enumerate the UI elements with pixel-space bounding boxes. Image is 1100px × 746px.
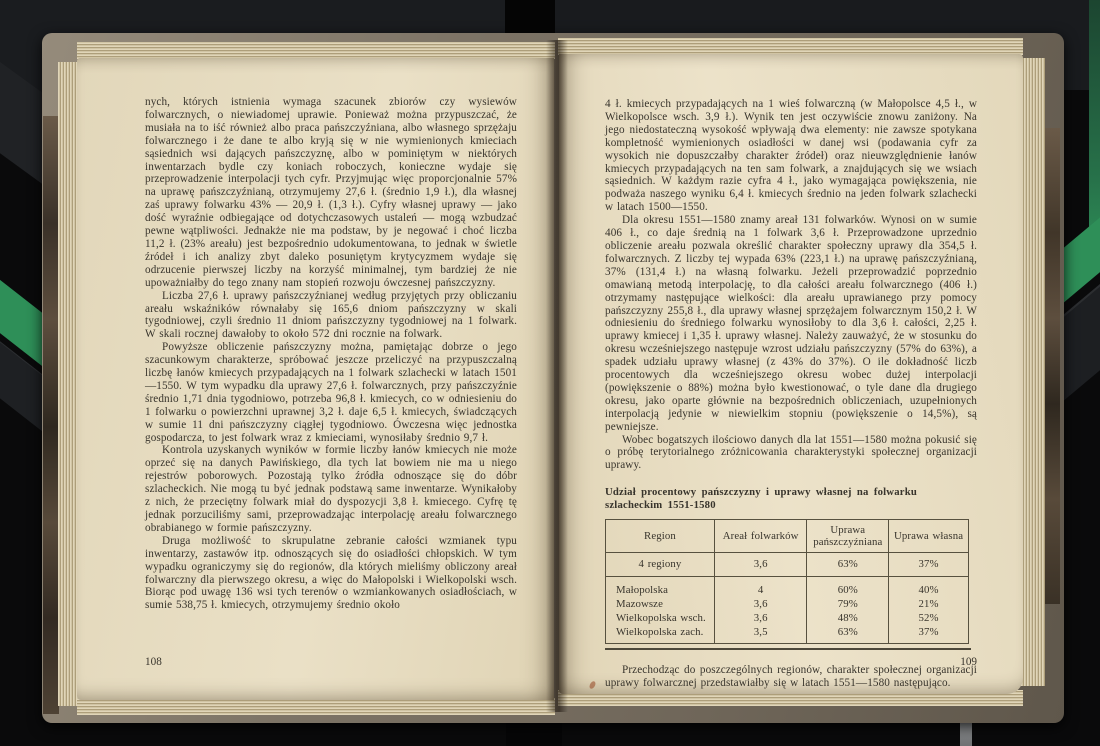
table-cell: 63% — [807, 553, 889, 577]
table-cell: 4 regiony — [606, 553, 715, 577]
right-text-column: 4 ł. kmiecych przypadających na 1 wieś f… — [605, 98, 977, 690]
regions-table: Region Areał folwarków Uprawa pańszczyźn… — [605, 519, 969, 644]
table-cell: 48% — [807, 611, 889, 625]
paragraph: Dla okresu 1551—1580 znamy areał 131 fol… — [605, 214, 977, 433]
page-edges-top-right — [558, 38, 1023, 55]
table-wrapper: Region Areał folwarków Uprawa pańszczyźn… — [605, 519, 971, 650]
table-cell: 37% — [889, 553, 969, 577]
page-number: 109 — [605, 656, 977, 668]
table-cell: 40% — [889, 577, 969, 598]
table-cell: Mazowsze — [606, 597, 715, 611]
page-edges-left — [58, 62, 79, 706]
left-text-column: nych, których istnienia wymaga szacunek … — [145, 96, 517, 612]
book-scan-scene: nych, których istnienia wymaga szacunek … — [0, 0, 1100, 746]
table-caption: Udział procentowy pańszczyzny i uprawy w… — [605, 486, 977, 512]
page-left: nych, których istnienia wymaga szacunek … — [77, 58, 554, 700]
paragraph: Kontrola uzyskanych wyników w formie lic… — [145, 444, 517, 534]
table-cell: 60% — [807, 577, 889, 598]
table-row: Mazowsze 3,6 79% 21% — [606, 597, 969, 611]
table-cell: 79% — [807, 597, 889, 611]
column-header: Region — [606, 520, 715, 553]
table-header-row: Region Areał folwarków Uprawa pańszczyźn… — [606, 520, 969, 553]
table-summary-row: 4 regiony 3,6 63% 37% — [606, 553, 969, 577]
table-cell: 3,6 — [714, 597, 807, 611]
cover-edge-marble-left — [43, 116, 59, 714]
page-edges-bottom-left — [77, 698, 555, 715]
table-cell: 4 — [714, 577, 807, 598]
paragraph: Wobec bogatszych ilościowo danych dla la… — [605, 434, 977, 473]
page-stain — [588, 680, 596, 689]
paragraph: Liczba 27,6 ł. uprawy pańszczyźnianej we… — [145, 290, 517, 342]
paragraph: Powyższe obliczenie pańszczyzny można, p… — [145, 341, 517, 444]
table-row: Małopolska 4 60% 40% — [606, 577, 969, 598]
table-cell: 21% — [889, 597, 969, 611]
table-cell: 3,6 — [714, 611, 807, 625]
table-cell: 63% — [807, 625, 889, 644]
page-edges-right — [1021, 58, 1045, 686]
column-header: Uprawa pańszczyźniana — [807, 520, 889, 553]
page-right: 4 ł. kmiecych przypadających na 1 wieś f… — [559, 54, 1023, 694]
table-cell: Małopolska — [606, 577, 715, 598]
table-cell: Wielkopolska wsch. — [606, 611, 715, 625]
table-cell: 3,6 — [714, 553, 807, 577]
table-cell: 37% — [889, 625, 969, 644]
page-number: 108 — [145, 656, 162, 668]
table-row: Wielkopolska zach. 3,5 63% 37% — [606, 625, 969, 644]
gutter-shadow — [546, 40, 568, 712]
page-edges-top-left — [77, 42, 555, 59]
table-row: Wielkopolska wsch. 3,6 48% 52% — [606, 611, 969, 625]
column-header: Uprawa własna — [889, 520, 969, 553]
table-cell: 3,5 — [714, 625, 807, 644]
paragraph: nych, których istnienia wymaga szacunek … — [145, 96, 517, 290]
table-cell: 52% — [889, 611, 969, 625]
paragraph: 4 ł. kmiecych przypadających na 1 wieś f… — [605, 98, 977, 214]
column-header: Areał folwarków — [714, 520, 807, 553]
table-cell: Wielkopolska zach. — [606, 625, 715, 644]
paragraph: Druga możliwość to skrupulatne zebranie … — [145, 535, 517, 612]
